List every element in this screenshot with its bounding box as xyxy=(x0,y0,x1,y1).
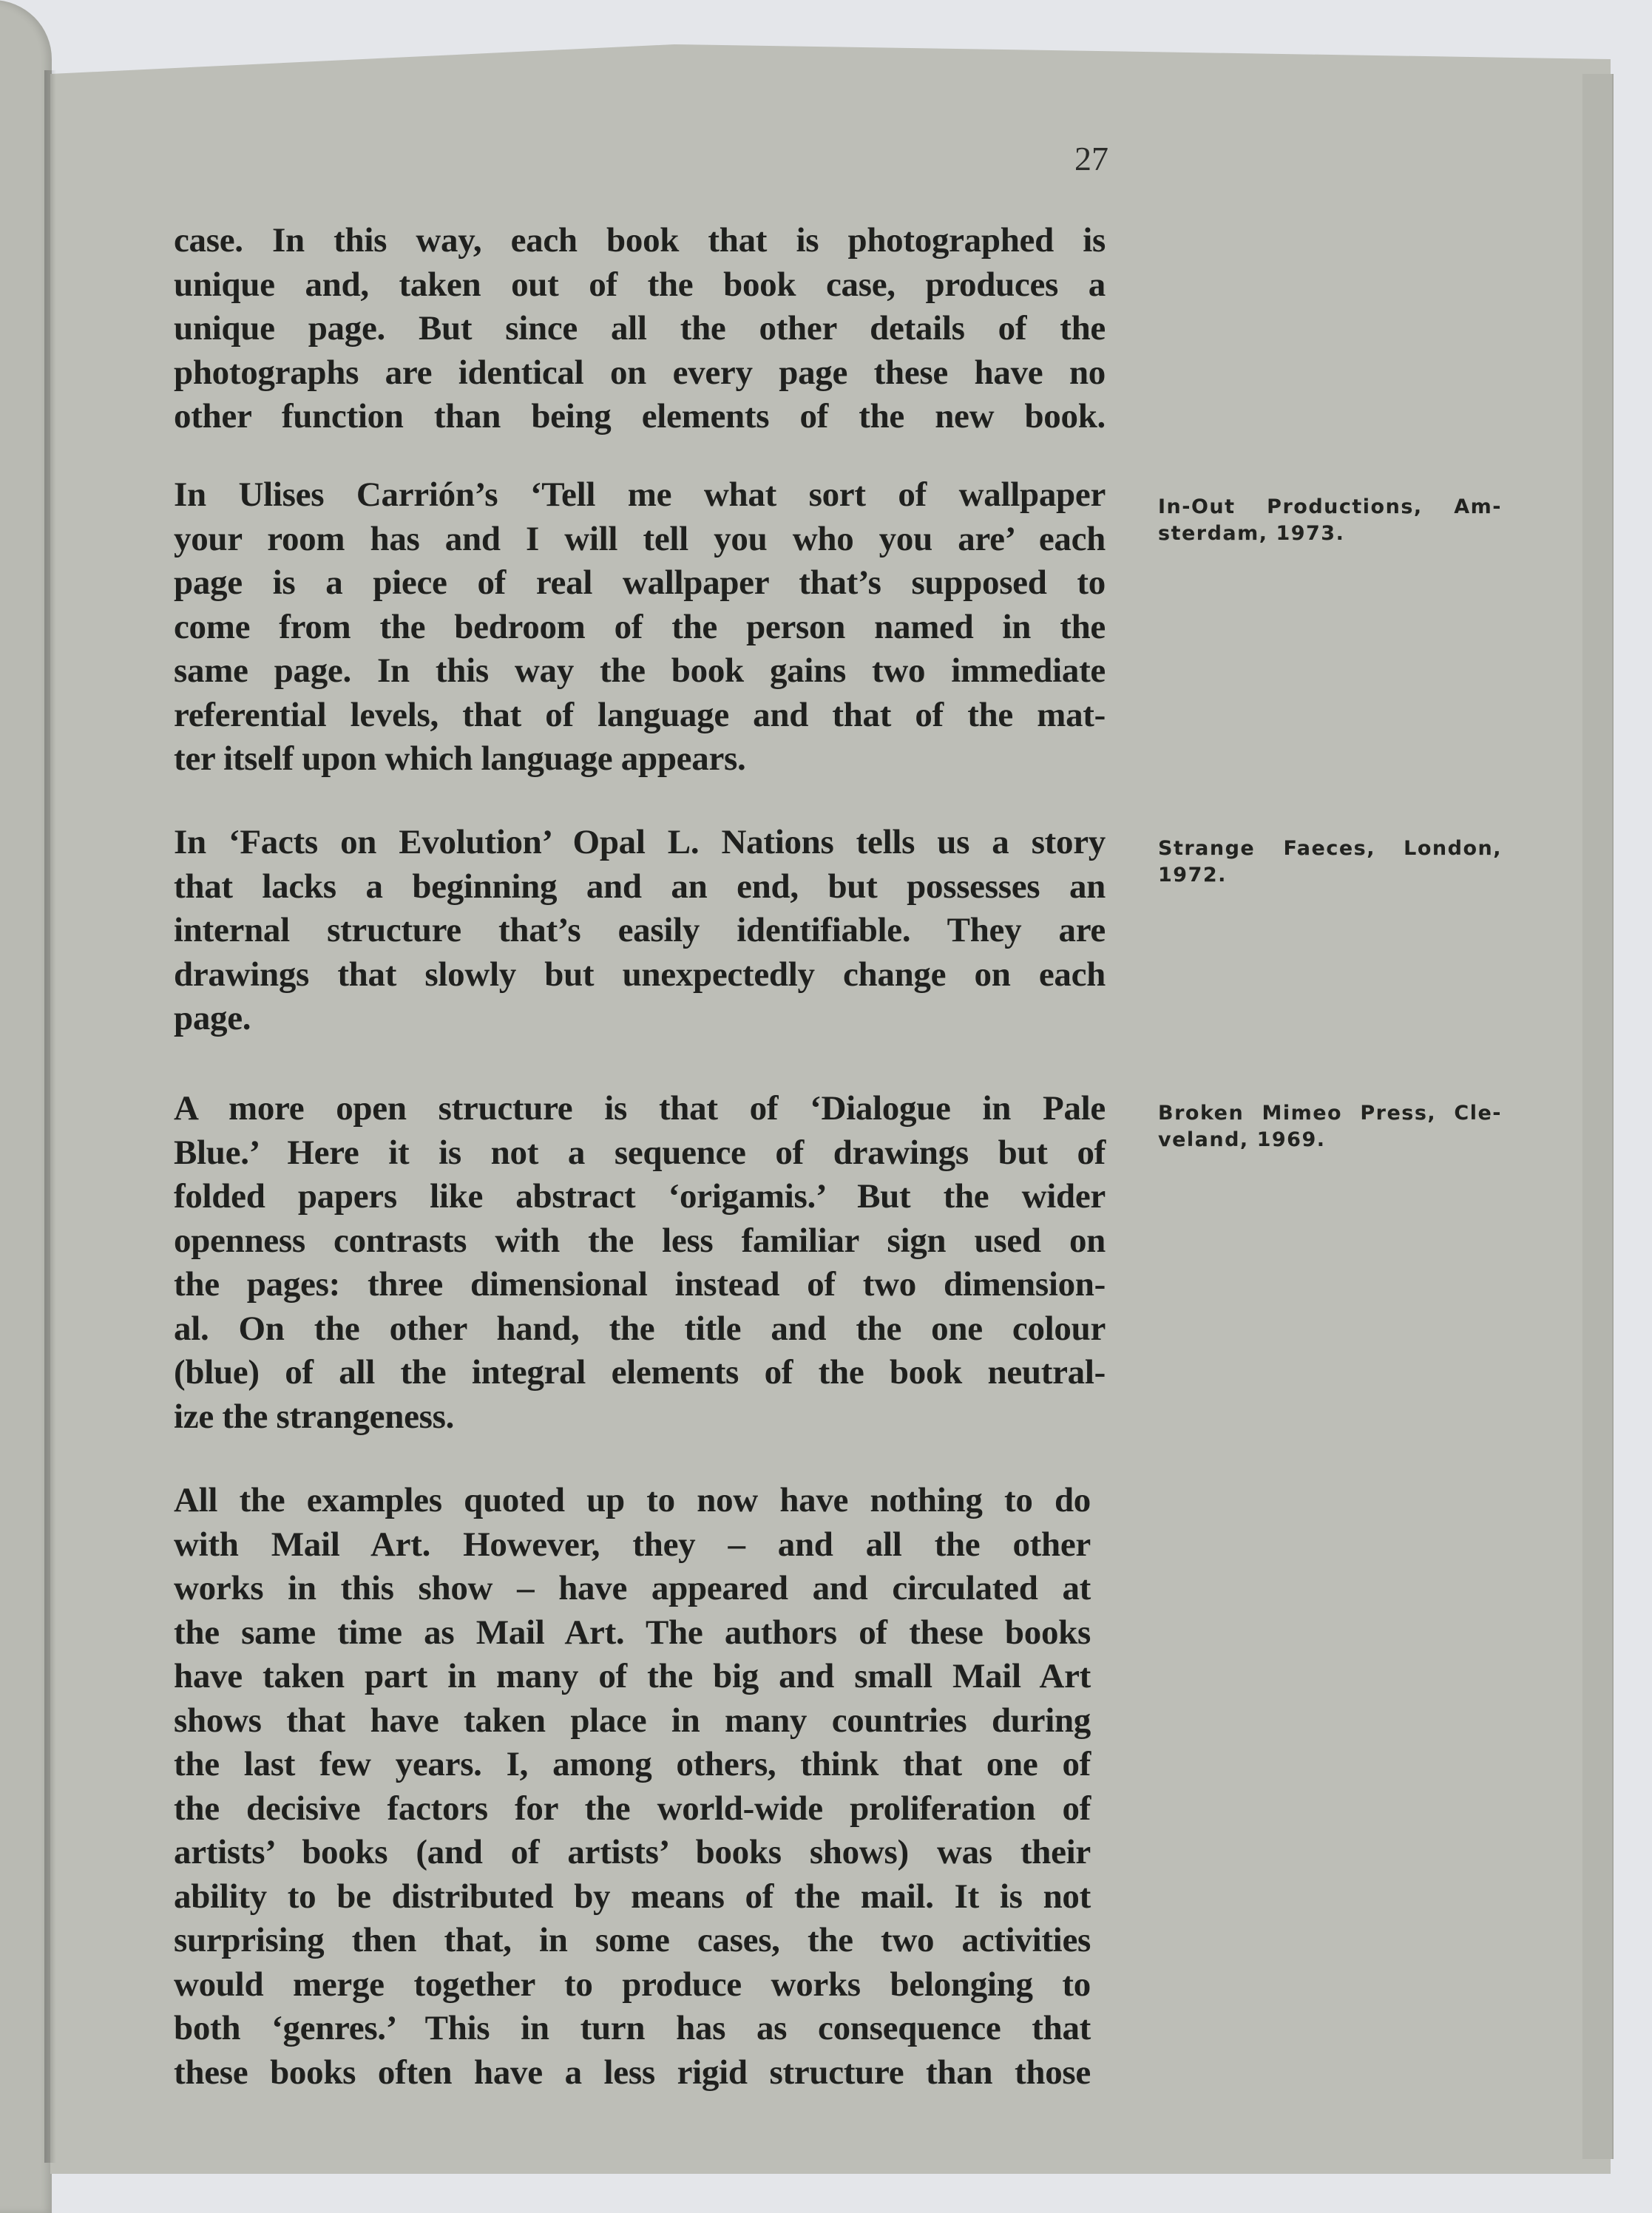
text-line: come from the bedroom of the person name… xyxy=(174,606,1106,650)
text-line: A more open structure is that of ‘Dialog… xyxy=(174,1087,1106,1131)
page-number: 27 xyxy=(1074,139,1108,178)
text-line: Blue.’ Here it is not a sequence of draw… xyxy=(174,1131,1106,1176)
text-line: artists’ books (and of artists’ books sh… xyxy=(174,1831,1091,1875)
text-line: the last few years. I, among others, thi… xyxy=(174,1743,1091,1787)
text-line: In Ulises Carrión’s ‘Tell me what sort o… xyxy=(174,473,1106,518)
text-line: ter itself upon which language appears. xyxy=(174,737,1106,782)
paragraph-2: In Ulises Carrión’s ‘Tell me what sort o… xyxy=(174,473,1106,782)
text-line: same page. In this way the book gains tw… xyxy=(174,649,1106,694)
text-line: the same time as Mail Art. The authors o… xyxy=(174,1611,1091,1655)
text-line: that lacks a beginning and an end, but p… xyxy=(174,865,1106,909)
note-line: Broken Mimeo Press, Cle- xyxy=(1158,1100,1502,1127)
text-line: case. In this way, each book that is pho… xyxy=(174,219,1106,263)
text-line: would merge together to produce works be… xyxy=(174,1963,1091,2007)
text-line: drawings that slowly but unexpectedly ch… xyxy=(174,953,1106,997)
text-line: have taken part in many of the big and s… xyxy=(174,1655,1091,1699)
text-line: referential levels, that of language and… xyxy=(174,694,1106,738)
paragraph-3: In ‘Facts on Evolution’ Opal L. Nations … xyxy=(174,821,1106,1041)
paragraph-4: A more open structure is that of ‘Dialog… xyxy=(174,1087,1106,1439)
text-line: your room has and I will tell you who yo… xyxy=(174,518,1106,562)
note-line: Strange Faeces, London, xyxy=(1158,836,1502,862)
text-line: folded papers like abstract ‘origamis.’ … xyxy=(174,1175,1106,1219)
text-line: these books often have a less rigid stru… xyxy=(174,2051,1091,2095)
note-line: veland, 1969. xyxy=(1158,1127,1502,1153)
text-line: (blue) of all the integral elements of t… xyxy=(174,1351,1106,1395)
book-gutter-shadow xyxy=(44,70,56,2163)
note-line: In-Out Productions, Am- xyxy=(1158,494,1502,521)
text-line: All the examples quoted up to now have n… xyxy=(174,1479,1091,1523)
text-line: internal structure that’s easily identif… xyxy=(174,909,1106,953)
text-line: unique page. But since all the other det… xyxy=(174,307,1106,351)
text-line: surprising then that, in some cases, the… xyxy=(174,1919,1091,1963)
text-line: shows that have taken place in many coun… xyxy=(174,1699,1091,1743)
paragraph-5: All the examples quoted up to now have n… xyxy=(174,1479,1091,2095)
text-line: ize the strangeness. xyxy=(174,1395,1106,1440)
paragraph-1: case. In this way, each book that is pho… xyxy=(174,219,1106,439)
text-line: ability to be distributed by means of th… xyxy=(174,1875,1091,1919)
text-line: works in this show – have appeared and c… xyxy=(174,1567,1091,1611)
page-stack-edge xyxy=(1582,74,1614,2159)
text-line: photographs are identical on every page … xyxy=(174,351,1106,396)
text-line: other function than being elements of th… xyxy=(174,395,1106,439)
text-line: page is a piece of real wallpaper that’s… xyxy=(174,561,1106,606)
note-line: sterdam, 1973. xyxy=(1158,521,1502,547)
text-line: with Mail Art. However, they – and all t… xyxy=(174,1523,1091,1568)
text-line: the decisive factors for the world-wide … xyxy=(174,1787,1091,1831)
text-line: the pages: three dimensional instead of … xyxy=(174,1263,1106,1307)
margin-note-publisher: Strange Faeces, London, 1972. xyxy=(1158,836,1502,889)
margin-note-publisher: In-Out Productions, Am- sterdam, 1973. xyxy=(1158,494,1502,547)
text-line: al. On the other hand, the title and the… xyxy=(174,1307,1106,1352)
text-line: both ‘genres.’ This in turn has as conse… xyxy=(174,2007,1091,2051)
text-line: openness contrasts with the less familia… xyxy=(174,1219,1106,1264)
margin-note-publisher: Broken Mimeo Press, Cle- veland, 1969. xyxy=(1158,1100,1502,1153)
text-line: page. xyxy=(174,997,1106,1041)
text-line: unique and, taken out of the book case, … xyxy=(174,263,1106,308)
text-line: In ‘Facts on Evolution’ Opal L. Nations … xyxy=(174,821,1106,865)
note-line: 1972. xyxy=(1158,862,1502,889)
